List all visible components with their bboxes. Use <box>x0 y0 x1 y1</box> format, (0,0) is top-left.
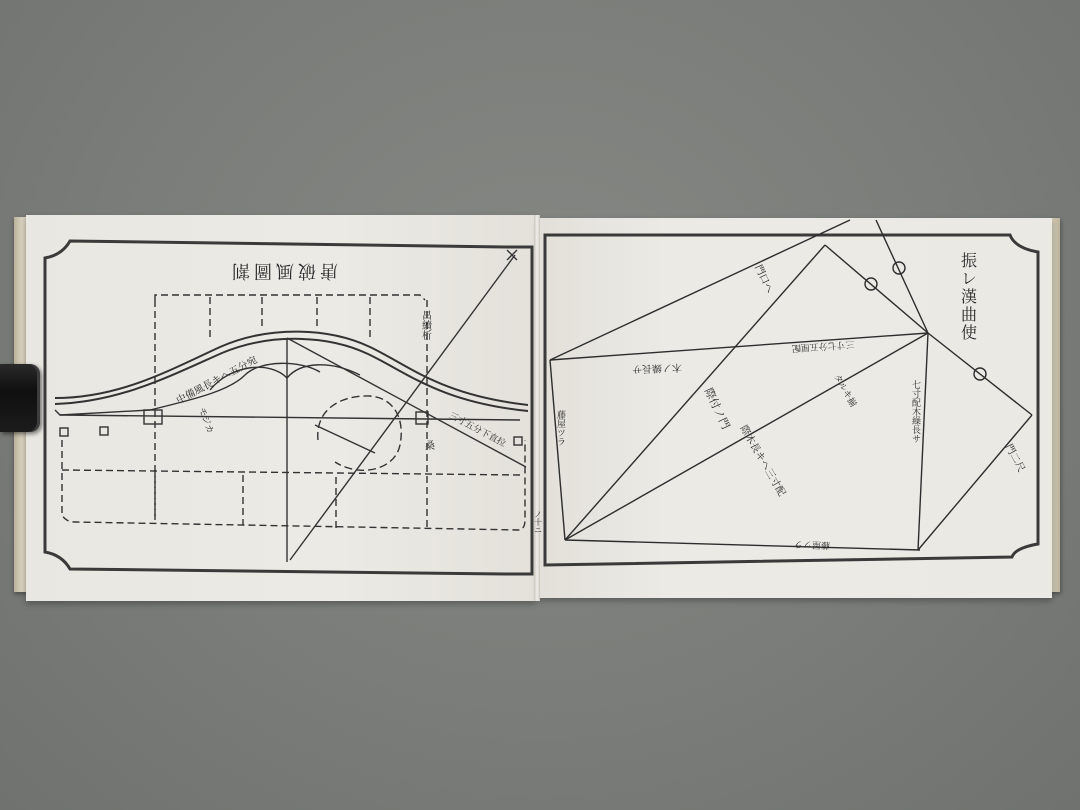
right-edge-label: 門二尺 <box>1003 442 1028 474</box>
upper-left-label: 木ノ繰長サ <box>632 361 682 376</box>
right-vertical-label-top: 昌續析 <box>420 310 432 341</box>
right-page-title: 振レ漢曲使 <box>959 252 978 342</box>
kara-hafu-diagram <box>55 250 528 562</box>
right-vertical-label: 七寸配木繰長サ <box>910 379 921 443</box>
open-book: 唐破風圖割 中備風長キヘ五分宛 モジカ 昌續析 桑 三寸五分下直拉 振レ漢曲使 <box>0 0 1080 810</box>
left-edge-label: 藤屋ツラ <box>555 409 566 446</box>
center-diagonal-label: 際付ノ門 <box>702 385 733 431</box>
top-edge-label: 門口ヘ <box>752 263 776 295</box>
eave-curve-label: 中備風長キヘ五分宛 <box>174 353 260 407</box>
left-page-title: 唐破風圖割 <box>228 260 338 281</box>
right-vertical-label-bottom: 桑 <box>423 440 435 451</box>
lower-diagonal-label-b: 際木長キヘ三寸配 <box>737 423 788 499</box>
inner-curve-label: モジカ <box>196 406 216 435</box>
gutter-page-mark: ノ十ニ <box>534 510 543 534</box>
upper-line-label: 三寸七分五厘配 <box>791 338 855 354</box>
diagram-layer: 唐破風圖割 中備風長キヘ五分宛 モジカ 昌續析 桑 三寸五分下直拉 振レ漢曲使 <box>0 0 1080 810</box>
left-page-border <box>45 241 532 574</box>
lower-diagonal-label-a: タルキ揃 <box>831 372 859 409</box>
bottom-edge-label: 藤屋ツラ <box>794 538 830 551</box>
